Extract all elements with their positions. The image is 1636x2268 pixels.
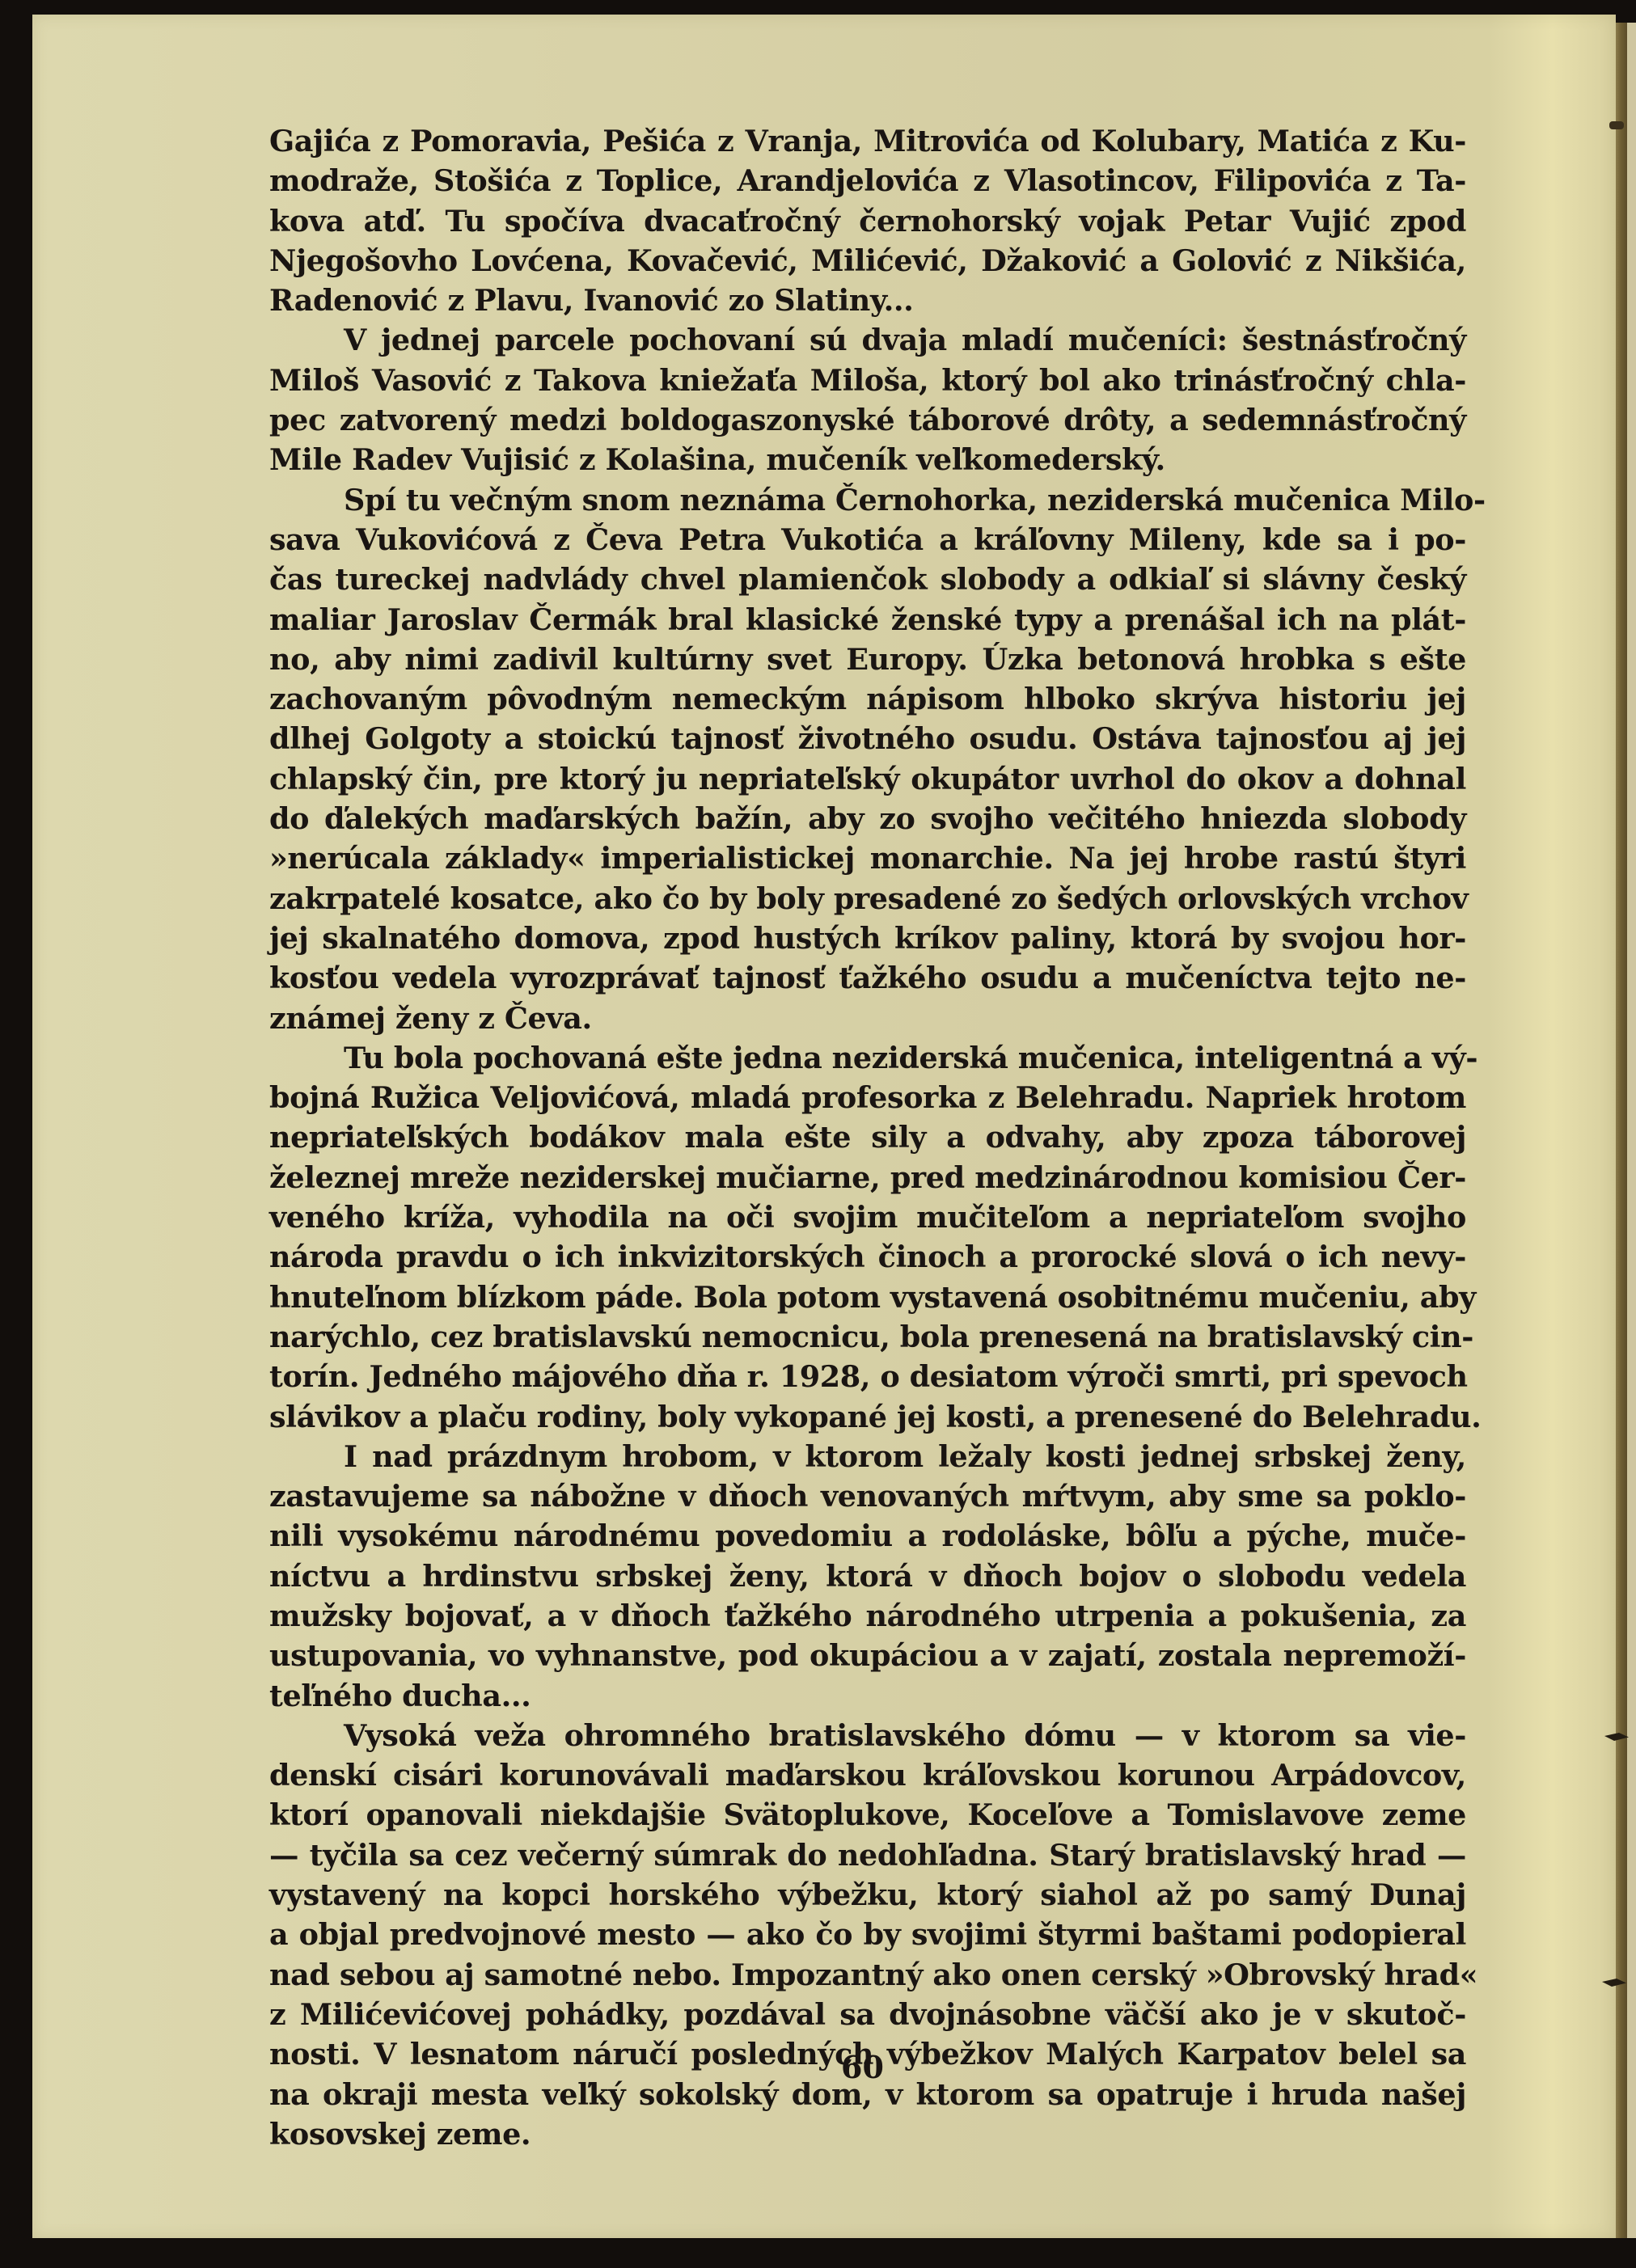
paragraph: Gajića z Pomoravia, Pešića z Vranja, Mit… — [269, 121, 1466, 320]
text-line: V jednej parcele pochovaní sú dvaja mlad… — [269, 320, 1466, 360]
text-line: známej ženy z Čeva. — [269, 999, 1466, 1038]
text-line: do ďalekých maďarských bažín, aby zo svo… — [269, 799, 1466, 838]
text-line: zachovaným pôvodným nemeckým nápisom hlb… — [269, 679, 1466, 719]
text-line: mužsky bojovať, a v dňoch ťažkého národn… — [269, 1596, 1466, 1636]
body-text: Gajića z Pomoravia, Pešića z Vranja, Mit… — [269, 121, 1466, 2154]
text-line: níctvu a hrdinstvu srbskej ženy, ktorá v… — [269, 1556, 1466, 1596]
text-line: zakrpatelé kosatce, ako čo by boly presa… — [269, 879, 1466, 919]
text-line: nad sebou aj samotné nebo. Impozantný ak… — [269, 1955, 1466, 1995]
paragraph: I nad prázdnym hrobom, v ktorom ležaly k… — [269, 1437, 1466, 1716]
text-line: teľného ducha... — [269, 1676, 1466, 1716]
text-line: modraže, Stošića z Toplice, Arandjelović… — [269, 161, 1466, 201]
page-number: 60 — [841, 2049, 884, 2085]
text-line: ktorí opanovali niekdajšie Svätoplukove,… — [269, 1795, 1466, 1835]
text-line: čas tureckej nadvlády chvel plamienčok s… — [269, 560, 1466, 599]
text-line: Mile Radev Vujisić z Kolašina, mučeník v… — [269, 440, 1466, 479]
text-line: torín. Jedného májového dňa r. 1928, o d… — [269, 1357, 1466, 1396]
text-line: Miloš Vasović z Takova kniežaťa Miloša, … — [269, 361, 1466, 400]
next-page-edge — [1627, 23, 1636, 2238]
text-line: nepriateľských bodákov mala ešte sily a … — [269, 1117, 1466, 1157]
text-line: Njegošovho Lovćena, Kovačević, Milićević… — [269, 241, 1466, 281]
text-line: a objal predvojnové mesto — ako čo by sv… — [269, 1915, 1466, 1954]
text-line: Tu bola pochovaná ešte jedna neziderská … — [269, 1038, 1466, 1078]
text-line: — tyčila sa cez večerný súmrak do nedohľ… — [269, 1835, 1466, 1875]
text-line: Spí tu večným snom neznáma Černohorka, n… — [269, 480, 1466, 520]
paragraph: Spí tu večným snom neznáma Černohorka, n… — [269, 480, 1466, 1038]
paragraph: Vysoká veža ohromného bratislavského dóm… — [269, 1716, 1466, 2154]
book-gutter — [1616, 23, 1627, 2238]
text-line: železnej mreže neziderskej mučiarne, pre… — [269, 1158, 1466, 1197]
text-line: »nerúcala základy« imperialistickej mona… — [269, 838, 1466, 878]
gutter-notch-mark — [1609, 121, 1624, 129]
text-line: národa pravdu o ich inkvizitorských čino… — [269, 1237, 1466, 1277]
text-line: kosťou vedela vyrozprávať tajnosť ťažkéh… — [269, 958, 1466, 998]
paragraph: Tu bola pochovaná ešte jedna neziderská … — [269, 1038, 1466, 1437]
text-line: nili vysokému národnému povedomiu a rodo… — [269, 1516, 1466, 1556]
text-line: pec zatvorený medzi boldogaszonyské tábo… — [269, 400, 1466, 440]
text-line: no, aby nimi zadivil kultúrny svet Europ… — [269, 640, 1466, 679]
text-line: zastavujeme sa nábožne v dňoch venovanýc… — [269, 1476, 1466, 1516]
text-line: chlapský čin, pre ktorý ju nepriateľský … — [269, 759, 1466, 799]
text-line: kova atď. Tu spočíva dvacaťročný černoho… — [269, 201, 1466, 241]
text-line: dlhej Golgoty a stoickú tajnosť životnéh… — [269, 719, 1466, 758]
text-line: maliar Jaroslav Čermák bral klasické žen… — [269, 600, 1466, 640]
text-line: bojná Ružica Veljovićová, mladá profesor… — [269, 1078, 1466, 1117]
text-line: veného kríža, vyhodila na oči svojim muč… — [269, 1197, 1466, 1237]
text-line: vystavený na kopci horského výbežku, kto… — [269, 1875, 1466, 1915]
text-line: I nad prázdnym hrobom, v ktorom ležaly k… — [269, 1437, 1466, 1476]
text-line: hnuteľnom blízkom páde. Bola potom vysta… — [269, 1278, 1466, 1317]
text-line: Radenović z Plavu, Ivanović zo Slatiny..… — [269, 281, 1466, 320]
text-line: jej skalnatého domova, zpod hustých krík… — [269, 919, 1466, 958]
text-line: sava Vukovićová z Čeva Petra Vukotića a … — [269, 520, 1466, 560]
paragraph: V jednej parcele pochovaní sú dvaja mlad… — [269, 320, 1466, 479]
scanned-page-view: Gajića z Pomoravia, Pešića z Vranja, Mit… — [0, 0, 1636, 2268]
text-line: slávikov a plaču rodiny, boly vykopané j… — [269, 1397, 1466, 1437]
text-line: z Milićevićovej pohádky, pozdával sa dvo… — [269, 1995, 1466, 2034]
text-line: Vysoká veža ohromného bratislavského dóm… — [269, 1716, 1466, 1755]
text-line: ustupovania, vo vyhnanstve, pod okupácio… — [269, 1636, 1466, 1675]
text-line: Gajića z Pomoravia, Pešića z Vranja, Mit… — [269, 121, 1466, 161]
text-line: narýchlo, cez bratislavskú nemocnicu, bo… — [269, 1317, 1466, 1357]
text-line: kosovskej zeme. — [269, 2114, 1466, 2154]
text-line: denskí cisári korunovávali maďarskou krá… — [269, 1755, 1466, 1795]
